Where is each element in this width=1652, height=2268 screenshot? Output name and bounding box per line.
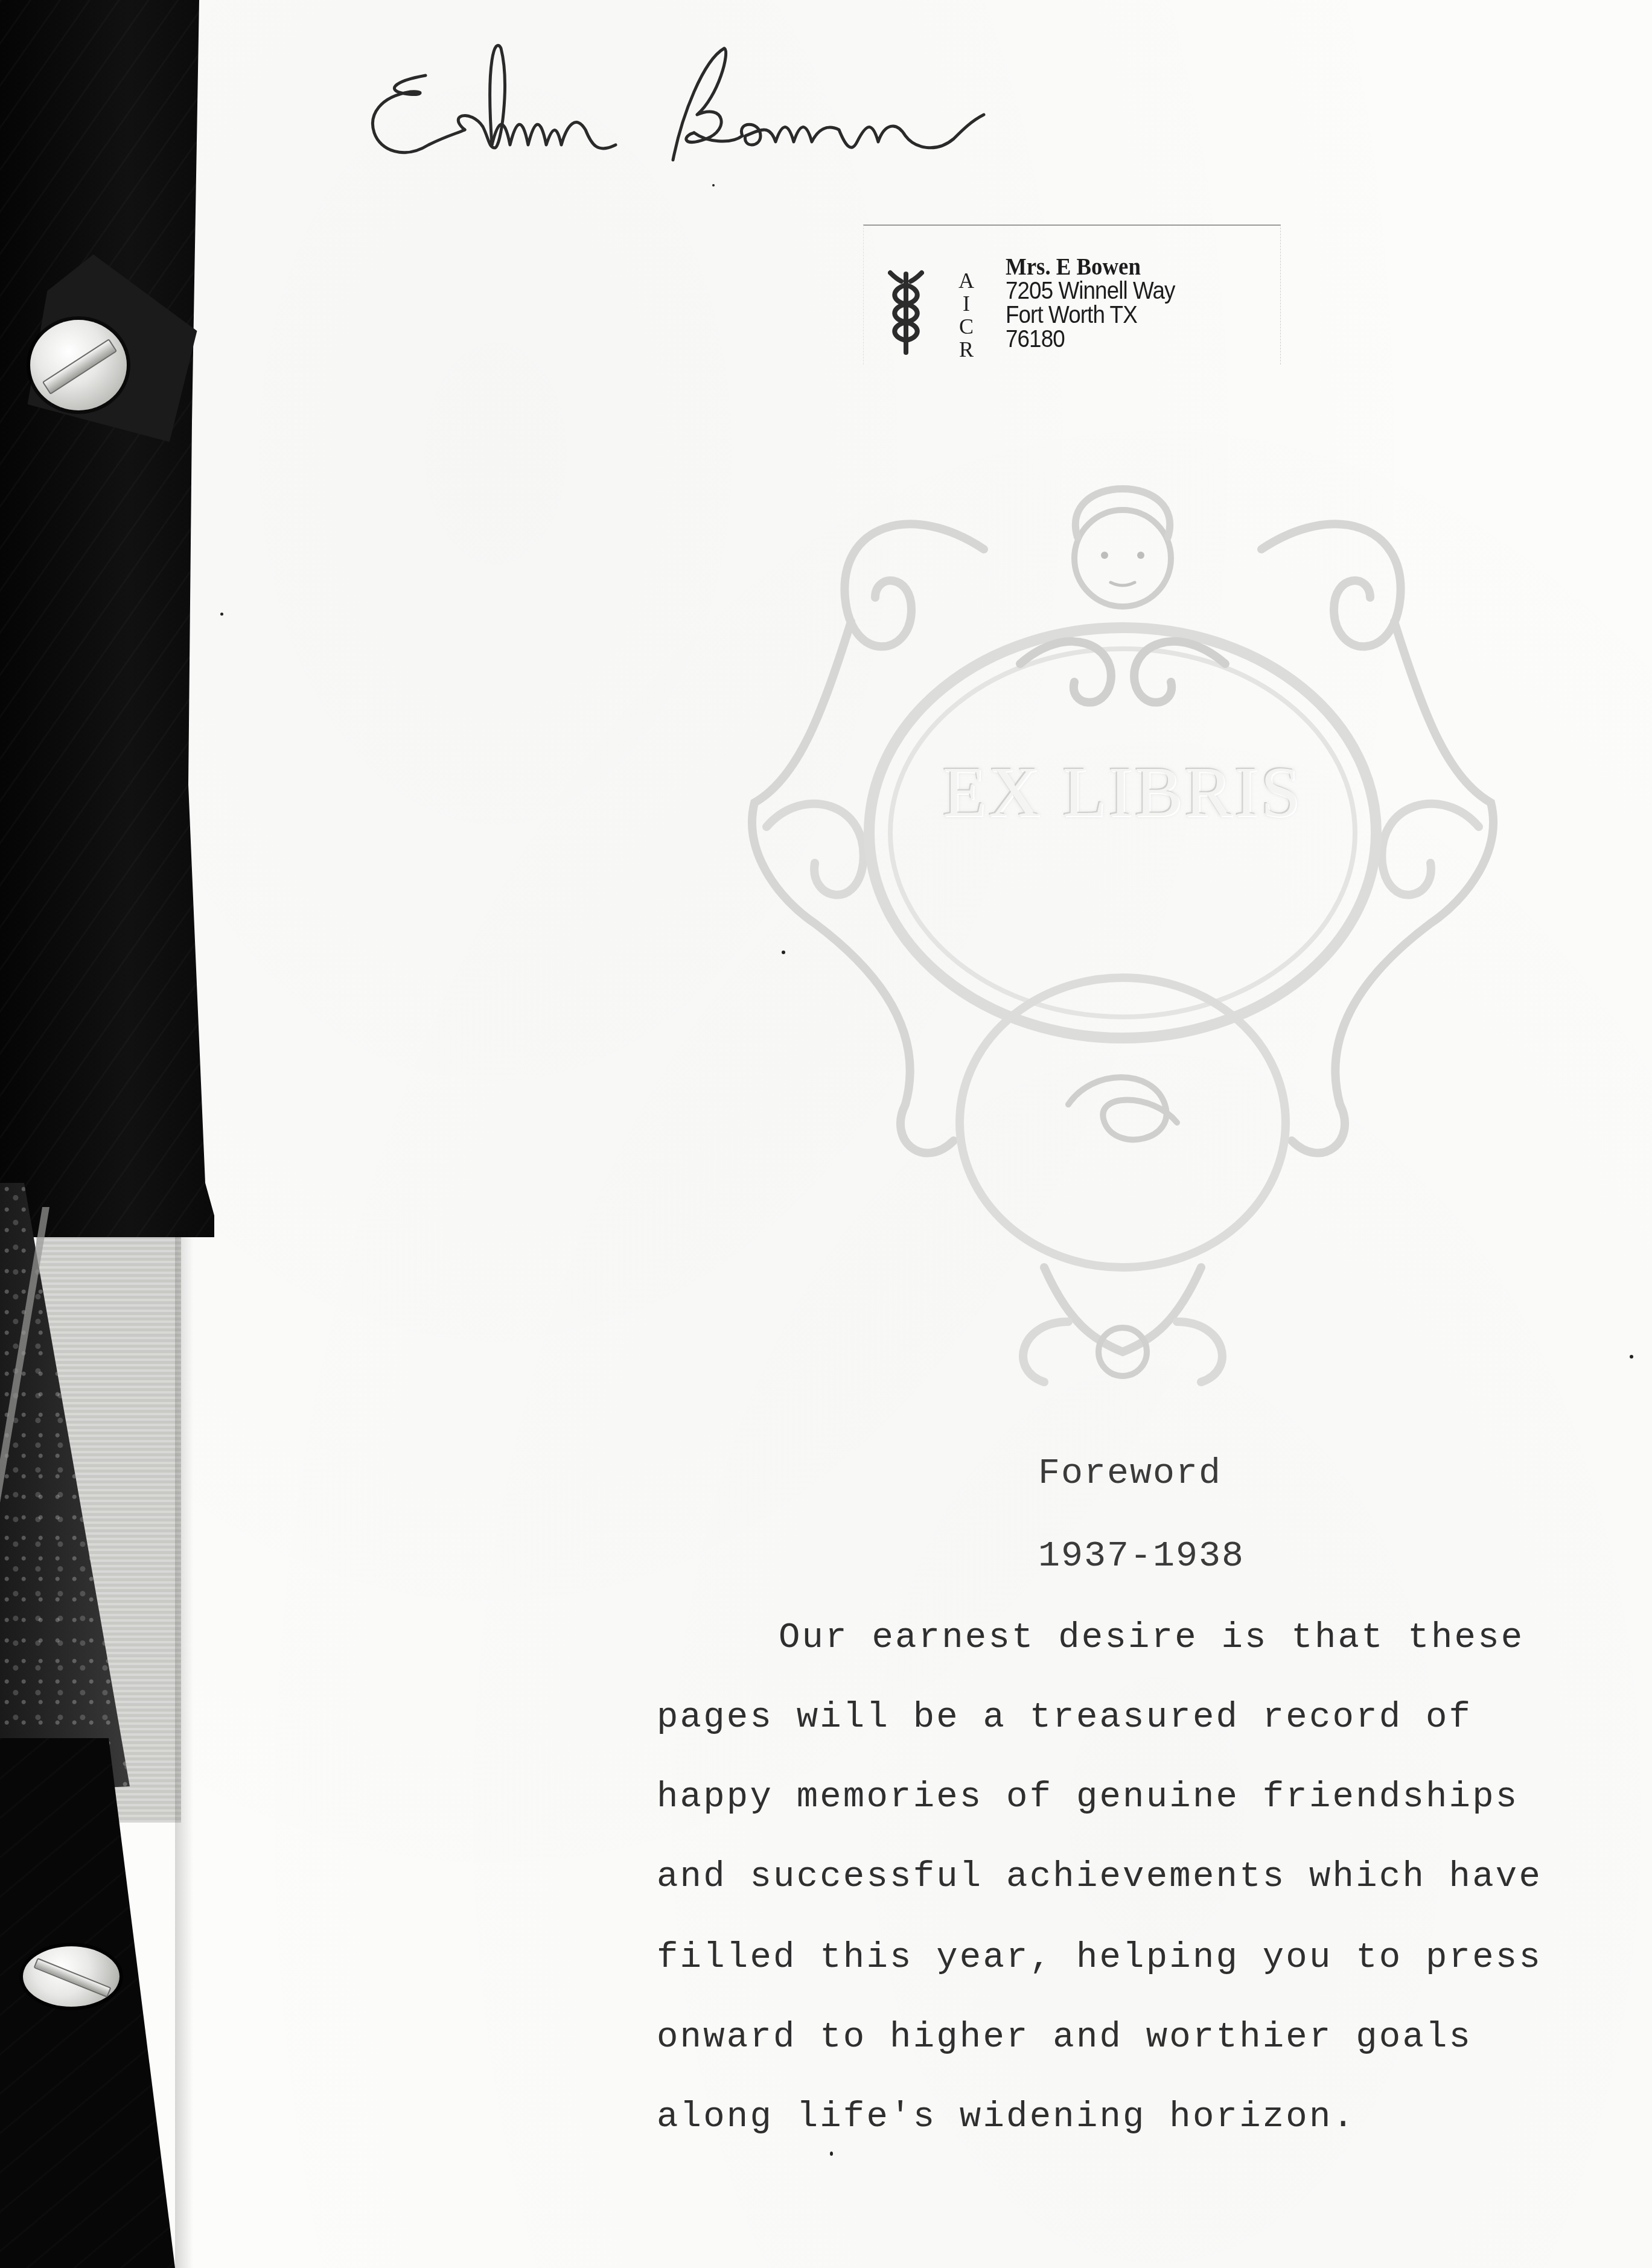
document-page: Edwin Bowen A I C R <box>0 0 1652 2268</box>
foreword-line: and successful achievements which have <box>657 1856 1542 1897</box>
foreword-title: Foreword <box>1038 1453 1222 1494</box>
foreword-section: Foreword 1937-1938 Our earnest desire is… <box>0 0 1652 2268</box>
foreword-line: Our earnest desire is that these <box>779 1617 1524 1658</box>
scan-speck <box>220 613 223 616</box>
foreword-line: along life's widening horizon. <box>657 2097 1356 2137</box>
scan-speck <box>712 184 715 186</box>
foreword-line: filled this year, helping you to press <box>657 1937 1542 1978</box>
scan-speck <box>830 2152 833 2156</box>
foreword-line: happy memories of genuine friendships <box>657 1777 1519 1817</box>
scan-speck <box>1630 1355 1633 1359</box>
foreword-years: 1937-1938 <box>1038 1536 1245 1577</box>
foreword-line: onward to higher and worthier goals <box>657 2017 1472 2057</box>
foreword-line: pages will be a treasured record of <box>657 1697 1472 1738</box>
scan-speck <box>782 951 785 954</box>
